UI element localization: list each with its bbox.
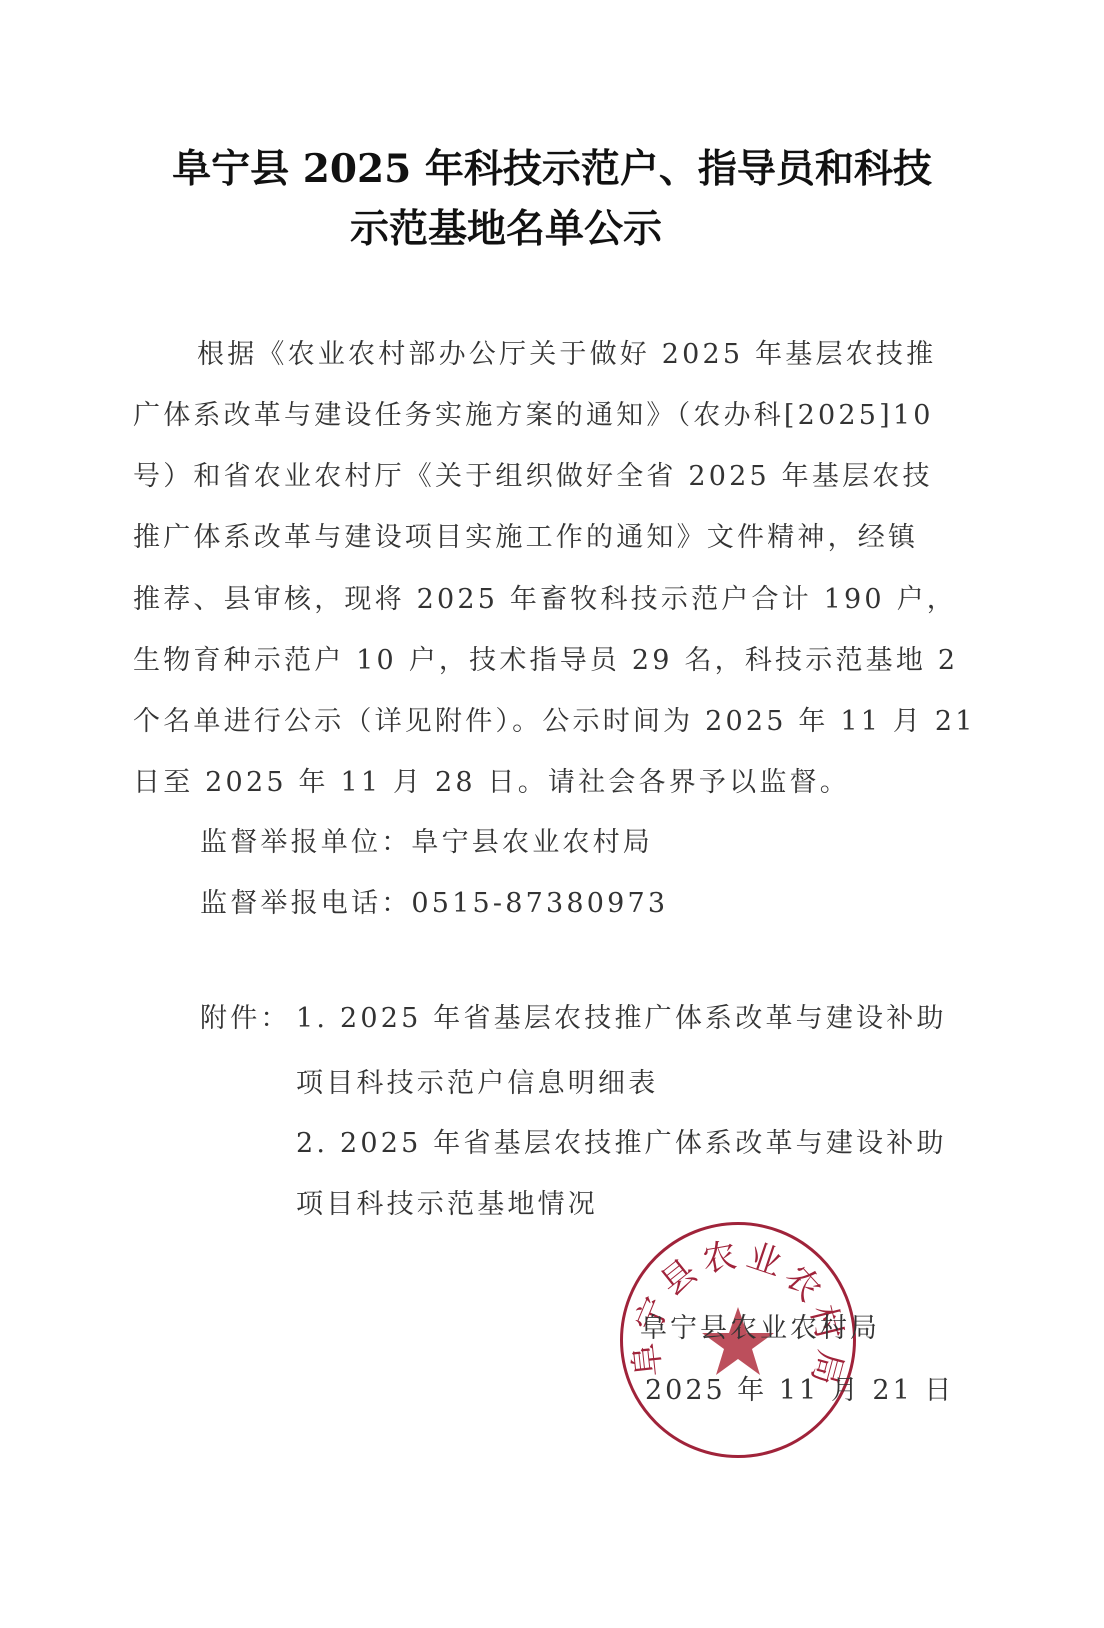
attachment-2-line1: 2. 2025 年省基层农技推广体系改革与建设补助 xyxy=(296,1127,947,1161)
body-line: 根据《农业农村部办公厅关于做好 2025 年基层农技推 xyxy=(197,338,936,372)
body-line: 生物育种示范户 10 户，技术指导员 29 名，科技示范基地 2 xyxy=(133,644,958,678)
body-line: 个名单进行公示（详见附件）。公示时间为 2025 年 11 月 21 xyxy=(133,705,976,739)
attachment-2-line2: 项目科技示范基地情况 xyxy=(296,1188,598,1222)
attachment-1-line1: 1. 2025 年省基层农技推广体系改革与建设补助 xyxy=(296,1002,947,1036)
document-title-line2: 示范基地名单公示 xyxy=(350,198,662,254)
body-line: 广体系改革与建设任务实施方案的通知》（农办科[2025]10 xyxy=(133,399,934,433)
attachment-1-line2: 项目科技示范户信息明细表 xyxy=(296,1067,658,1101)
body-line: 号）和省农业农村厅《关于组织做好全省 2025 年基层农技 xyxy=(133,460,933,494)
body-line: 推广体系改革与建设项目实施工作的通知》文件精神，经镇 xyxy=(133,521,918,555)
signature-org: 阜宁县农业农村局 xyxy=(640,1306,880,1345)
supervision-unit: 监督举报单位：阜宁县农业农村局 xyxy=(200,826,653,860)
supervision-phone: 监督举报电话：0515-87380973 xyxy=(200,887,668,921)
signature-date: 2025 年 11 月 21 日 xyxy=(645,1368,954,1407)
body-line: 推荐、县审核，现将 2025 年畜牧科技示范户合计 190 户， xyxy=(133,583,957,617)
body-line: 日至 2025 年 11 月 28 日。请社会各界予以监督。 xyxy=(133,766,850,800)
attachments-label: 附件： xyxy=(200,1002,291,1036)
document-title-line1: 阜宁县 2025 年科技示范户、指导员和科技 xyxy=(0,138,1104,194)
